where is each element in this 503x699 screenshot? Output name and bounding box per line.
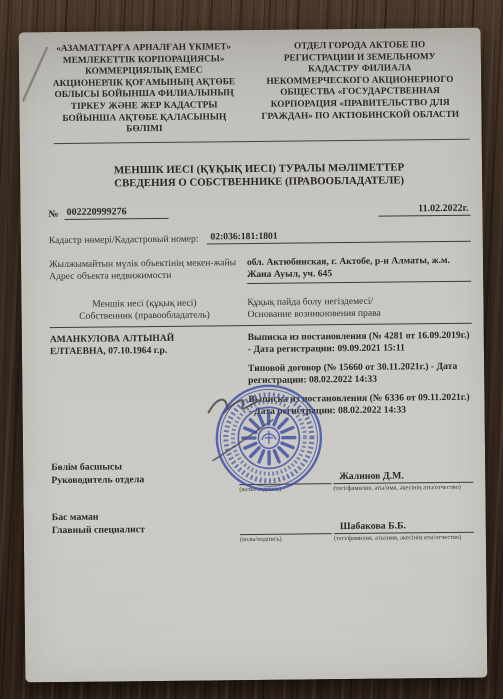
owner-table-header: Меншік иесі (құқық иесі) Собственник (пр…	[49, 294, 471, 327]
address-value: обл. Актюбинская, г. Актобе, р-н Алматы,…	[247, 254, 471, 283]
signature-caption: (колы/подпись)	[239, 484, 331, 494]
document-number: № 002220999276	[48, 206, 168, 220]
owner-table-row: АМАНКУЛОВА АЛТЫНАЙ ЕЛТАЕВНА, 07.10.1964 …	[50, 329, 473, 426]
signer-name-area: Жалинов Д.М. (тегі/фамилия, аты/имя, әке…	[333, 469, 473, 492]
document-title: МЕНШІК ИЕСІ (ҚҰҚЫҚ ИЕСІ) ТУРАЛЫ МӘЛІМЕТТ…	[48, 160, 470, 191]
signature-line	[239, 470, 331, 485]
cadastre-label: Кадастр нөмері/Кадастровый номер:	[49, 233, 199, 246]
signature-block: Бөлім басшысы Руководитель отдела (колы/…	[51, 456, 474, 545]
document-date: 11.02.2022г.	[378, 202, 471, 216]
signature-line-area: (колы/подпись)	[239, 470, 331, 494]
document-content: «АЗАМАТТАРҒА АРНАЛҒАН ҮКІМЕТ» МЕМЛЕКЕТТІ…	[47, 28, 474, 546]
cadastre-number-row: Кадастр нөмері/Кадастровый номер: 02:036…	[49, 228, 471, 245]
number-sign: №	[48, 209, 58, 220]
signature-line-area: (колы/подпись)	[240, 520, 332, 544]
letterhead: «АЗАМАТТАРҒА АРНАЛҒАН ҮКІМЕТ» МЕМЛЕКЕТТІ…	[47, 40, 470, 137]
photo-of-document: { "letterhead": { "left": "«АЗАМАТТАРҒА …	[0, 0, 503, 699]
letterhead-russian: ОТДЕЛ ГОРОДА АКТОБЕ ПО РЕГИСТРАЦИИ И ЗЕМ…	[246, 40, 469, 135]
ground-entry: Выписка из постановления (№ 4281 от 16.0…	[248, 329, 472, 355]
signature-row-head-of-department: Бөлім басшысы Руководитель отдела (колы/…	[51, 456, 473, 495]
grounds-list: Выписка из постановления (№ 4281 от 16.0…	[248, 329, 473, 424]
document-number-value: 002220999276	[64, 206, 168, 220]
signature-caption: (колы/подпись)	[240, 534, 332, 544]
signature-line	[240, 520, 332, 535]
owner-column-header: Меншік иесі (құқық иесі) Собственник (пр…	[49, 297, 239, 323]
signature-row-chief-specialist: Бас маман Главный специалист (колы/подпи…	[52, 506, 474, 545]
signer-title: Бөлім басшысы Руководитель отдела	[51, 459, 239, 496]
letterhead-divider	[54, 138, 470, 143]
signer-title: Бас маман Главный специалист	[52, 509, 240, 546]
grounds-column-header: Құқық пайда болу негіздемесі/ Основание …	[247, 294, 471, 320]
name-caption: (тегі/фамилия, аты/имя, әкесінің аты/отч…	[333, 482, 473, 492]
owner-name: АМАНКУЛОВА АЛТЫНАЙ ЕЛТАЕВНА, 07.10.1964 …	[50, 332, 241, 427]
cadastre-value: 02:036:181:1801	[206, 228, 470, 244]
address-label: Жылжымайтын мүлік объектінің мекен-жайы …	[49, 257, 239, 286]
ground-entry: Выписка из постановления (№ 6336 от 09.1…	[248, 391, 472, 417]
address-row: Жылжымайтын мүлік объектінің мекен-жайы …	[49, 254, 471, 285]
name-caption: (тегі/фамилия, аты/имя, әкесінің аты/отч…	[334, 532, 474, 542]
ground-entry: Типовой договор (№ 15660 от 30.11.2021г.…	[248, 360, 472, 386]
number-and-date-row: № 002220999276 11.02.2022г.	[48, 202, 470, 219]
letterhead-kazakh: «АЗАМАТТАРҒА АРНАЛҒАН ҮКІМЕТ» МЕМЛЕКЕТТІ…	[47, 42, 248, 137]
document-paper: «АЗАМАТТАРҒА АРНАЛҒАН ҮКІМЕТ» МЕМЛЕКЕТТІ…	[19, 28, 488, 683]
signer-name-area: Шабакова Б.Б. (тегі/фамилия, аты/имя, әк…	[334, 519, 474, 542]
